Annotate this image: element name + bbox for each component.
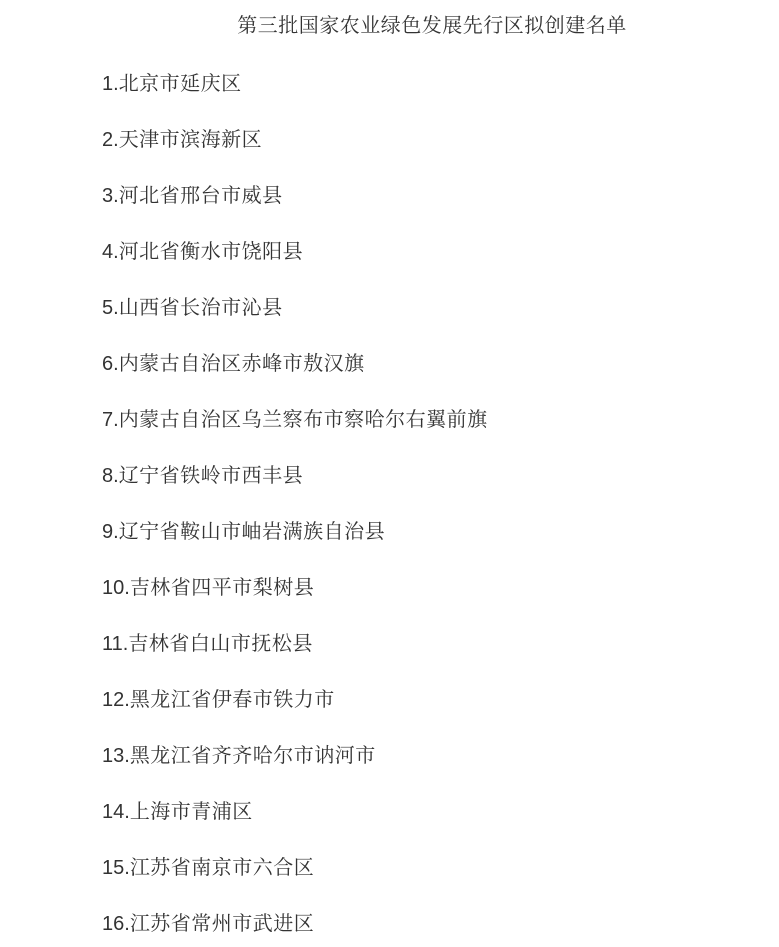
region-list: 1.北京市延庆区2.天津市滨海新区3.河北省邢台市威县4.河北省衡水市饶阳县5.… xyxy=(102,68,762,940)
list-item: 12.黑龙江省伊春市铁力市 xyxy=(102,684,762,716)
item-region-name: 江苏省南京市六合区 xyxy=(130,857,315,879)
item-region-name: 河北省衡水市饶阳县 xyxy=(119,241,304,263)
item-region-name: 内蒙古自治区乌兰察布市察哈尔右翼前旗 xyxy=(119,409,488,431)
item-region-name: 河北省邢台市威县 xyxy=(119,185,283,207)
item-region-name: 辽宁省铁岭市西丰县 xyxy=(119,465,304,487)
item-number: 15. xyxy=(102,857,130,879)
item-number: 4. xyxy=(102,241,119,263)
list-item: 3.河北省邢台市威县 xyxy=(102,180,762,212)
item-number: 10. xyxy=(102,577,130,599)
item-number: 7. xyxy=(102,409,119,431)
item-number: 14. xyxy=(102,801,130,823)
item-region-name: 上海市青浦区 xyxy=(130,801,253,823)
list-item: 5.山西省长治市沁县 xyxy=(102,292,762,324)
list-item: 13.黑龙江省齐齐哈尔市讷河市 xyxy=(102,740,762,772)
item-number: 3. xyxy=(102,185,119,207)
list-item: 2.天津市滨海新区 xyxy=(102,124,762,156)
item-region-name: 天津市滨海新区 xyxy=(119,129,263,151)
document-title: 第三批国家农业绿色发展先行区拟创建名单 xyxy=(102,10,762,42)
document-page: 第三批国家农业绿色发展先行区拟创建名单 1.北京市延庆区2.天津市滨海新区3.河… xyxy=(0,0,779,940)
item-region-name: 内蒙古自治区赤峰市敖汉旗 xyxy=(119,353,365,375)
list-item: 9.辽宁省鞍山市岫岩满族自治县 xyxy=(102,516,762,548)
item-number: 2. xyxy=(102,129,119,151)
list-item: 15.江苏省南京市六合区 xyxy=(102,852,762,884)
item-region-name: 江苏省常州市武进区 xyxy=(130,913,315,935)
list-item: 6.内蒙古自治区赤峰市敖汉旗 xyxy=(102,348,762,380)
item-region-name: 北京市延庆区 xyxy=(119,73,242,95)
item-region-name: 辽宁省鞍山市岫岩满族自治县 xyxy=(119,521,386,543)
list-item: 8.辽宁省铁岭市西丰县 xyxy=(102,460,762,492)
list-item: 7.内蒙古自治区乌兰察布市察哈尔右翼前旗 xyxy=(102,404,762,436)
item-region-name: 山西省长治市沁县 xyxy=(119,297,283,319)
list-item: 11.吉林省白山市抚松县 xyxy=(102,628,762,660)
item-number: 6. xyxy=(102,353,119,375)
item-number: 8. xyxy=(102,465,119,487)
item-region-name: 黑龙江省伊春市铁力市 xyxy=(130,689,335,711)
item-region-name: 吉林省白山市抚松县 xyxy=(128,633,313,655)
list-item: 16.江苏省常州市武进区 xyxy=(102,908,762,940)
list-item: 14.上海市青浦区 xyxy=(102,796,762,828)
item-number: 1. xyxy=(102,73,119,95)
item-number: 5. xyxy=(102,297,119,319)
item-number: 13. xyxy=(102,745,130,767)
item-number: 11. xyxy=(102,633,128,655)
item-number: 16. xyxy=(102,913,130,935)
list-item: 4.河北省衡水市饶阳县 xyxy=(102,236,762,268)
item-number: 9. xyxy=(102,521,119,543)
item-region-name: 黑龙江省齐齐哈尔市讷河市 xyxy=(130,745,376,767)
item-region-name: 吉林省四平市梨树县 xyxy=(130,577,315,599)
list-item: 1.北京市延庆区 xyxy=(102,68,762,100)
item-number: 12. xyxy=(102,689,130,711)
list-item: 10.吉林省四平市梨树县 xyxy=(102,572,762,604)
